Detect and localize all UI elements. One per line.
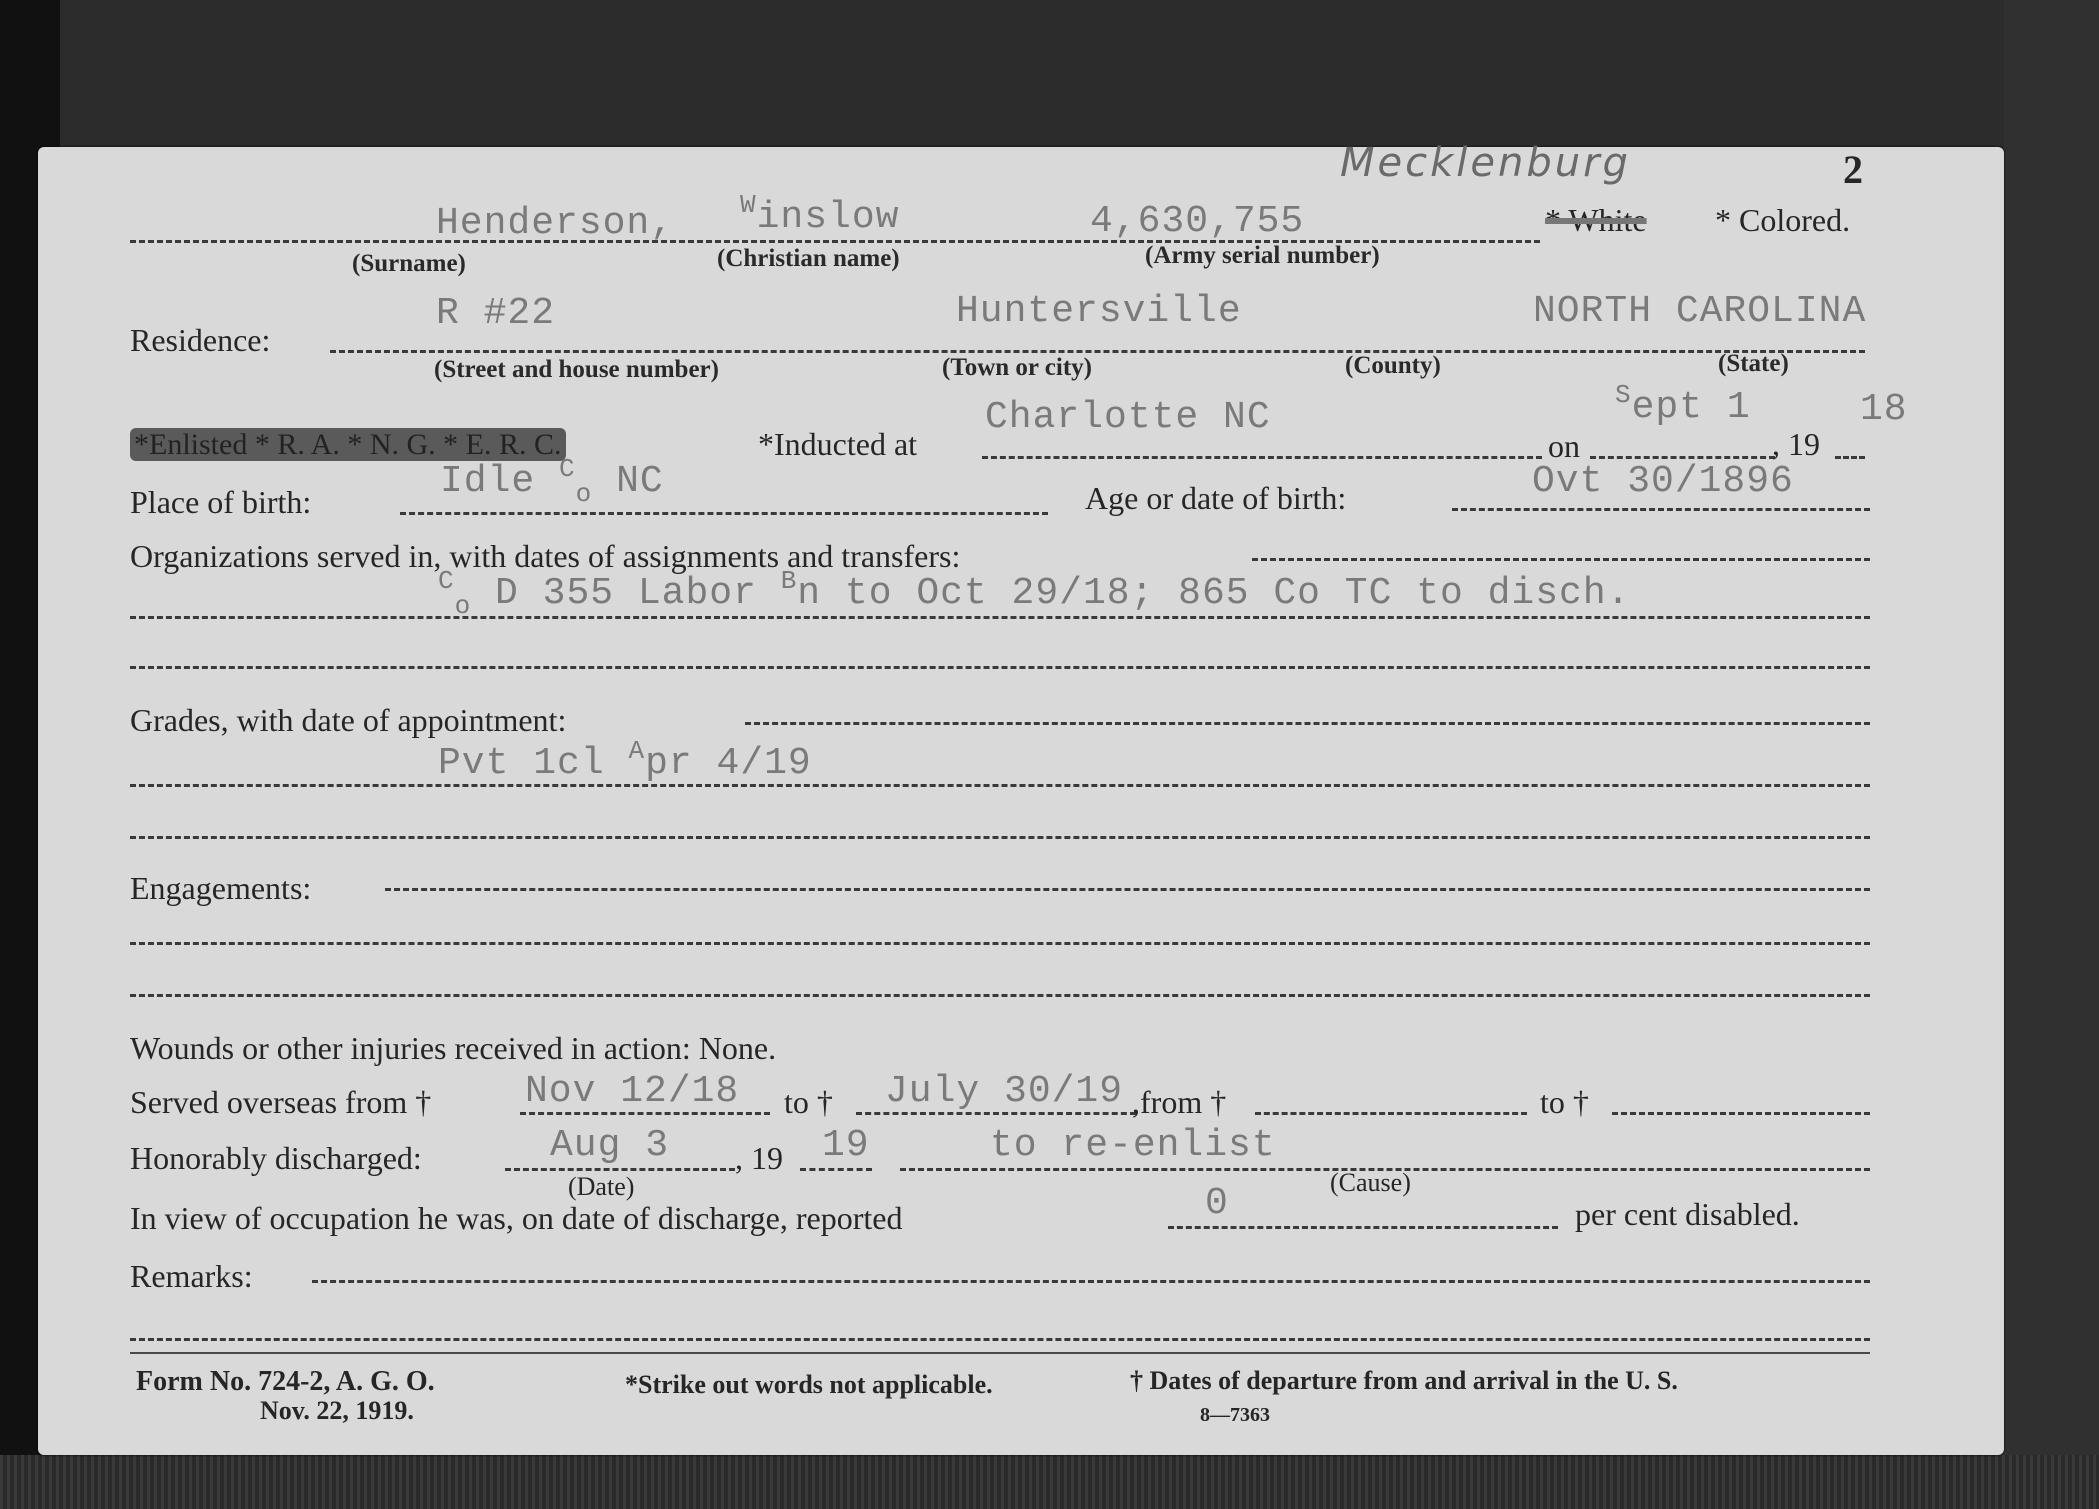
- grade-date: pr 4/19: [645, 742, 812, 785]
- organizations-line-3: [130, 666, 1870, 669]
- inducted-date-value: Sept 1: [1615, 386, 1751, 429]
- birth-place-label: Place of birth:: [130, 484, 311, 521]
- serial-number-label: (Army serial number): [1145, 242, 1380, 270]
- residence-state-value: NORTH CAROLINA: [1533, 290, 1866, 333]
- overseas-from-label: Served overseas from †: [130, 1084, 431, 1121]
- organizations-line-1: [1252, 558, 1870, 561]
- remarks-line-2: [130, 1338, 1870, 1341]
- christian-name-initial: W: [740, 190, 757, 220]
- overseas-to-label: to †: [784, 1084, 833, 1121]
- inducted-place-value: Charlotte NC: [985, 396, 1271, 439]
- form-date: Nov. 22, 1919.: [260, 1396, 414, 1426]
- engagements-label: Engagements:: [130, 870, 311, 907]
- overseas-from-value: Nov 12/18: [525, 1070, 739, 1113]
- birth-place-co-sup: C: [559, 454, 576, 484]
- disability-value: 0: [1205, 1182, 1229, 1225]
- grades-line-1: [745, 722, 1870, 725]
- grades-label: Grades, with date of appointment:: [130, 702, 566, 739]
- org-unit-1: D 355 Labor: [495, 572, 757, 615]
- background-scan-bottom: [0, 1455, 2099, 1509]
- race-option-colored: * Colored.: [1715, 202, 1850, 239]
- organizations-line-2: [130, 616, 1870, 619]
- overseas-from2-label: ,from †: [1132, 1084, 1226, 1121]
- grade-month-sup: A: [628, 736, 645, 766]
- grades-value: Pvt 1cl Apr 4/19: [438, 742, 812, 785]
- surname-value: Henderson,: [436, 202, 674, 245]
- grades-line-2: [130, 784, 1870, 787]
- engagements-line-3: [130, 994, 1870, 997]
- org-bn-sup: B: [781, 566, 798, 596]
- street-label: (Street and house number): [434, 356, 719, 384]
- grade-rank: Pvt 1cl: [438, 742, 605, 785]
- remarks-line-1: [312, 1280, 1870, 1283]
- discharge-year-line: [800, 1168, 872, 1171]
- wounds-value: None.: [699, 1030, 776, 1066]
- residence-street-value: R #22: [436, 292, 555, 335]
- overseas-to-value: July 30/19: [885, 1070, 1123, 1113]
- overseas-from2-line: [1255, 1112, 1527, 1115]
- residence-line: [330, 350, 1865, 353]
- residence-town-value: Huntersville: [956, 290, 1242, 333]
- christian-name-value: Winslow: [740, 196, 899, 239]
- serial-number-value: 4,630,755: [1090, 200, 1304, 243]
- discharge-label: Honorably discharged:: [130, 1140, 422, 1177]
- overseas-to2-line: [1612, 1112, 1870, 1115]
- discharge-year-value: 19: [822, 1124, 870, 1167]
- race-option-white-struck: * White: [1545, 202, 1647, 238]
- discharge-cause-value: to re-enlist: [990, 1124, 1276, 1167]
- overseas-to2-label: to †: [1540, 1084, 1589, 1121]
- form-number: Form No. 724-2, A. G. O.: [136, 1366, 435, 1398]
- county-handwritten: Mecklenburg: [1340, 140, 1631, 186]
- town-label: (Town or city): [942, 354, 1092, 382]
- service-record-card: [38, 147, 2004, 1455]
- organizations-value: Co D 355 Labor Bn to Oct 29/18; 865 Co T…: [438, 572, 1630, 615]
- discharge-date-line: [505, 1168, 735, 1171]
- card-number: 2: [1843, 146, 1863, 193]
- inducted-date-initial: S: [1615, 380, 1632, 410]
- org-unit-2: n to Oct 29/18; 865 Co TC to disch.: [797, 572, 1630, 615]
- engagements-line-2: [130, 942, 1870, 945]
- footer-divider: [130, 1352, 1870, 1354]
- background-scan-top: [60, 0, 2099, 145]
- disability-line: [1168, 1226, 1558, 1229]
- birth-place-co-sub: o: [576, 479, 593, 509]
- engagements-line-1: [385, 888, 1870, 891]
- inducted-at-label: *Inducted at: [758, 426, 917, 463]
- birth-place-town: Idle: [440, 460, 535, 503]
- race-option-white: * White: [1545, 202, 1647, 239]
- inducted-date-rest: ept 1: [1632, 386, 1751, 429]
- birth-place-value: Idle Co NC: [440, 460, 664, 503]
- surname-label: (Surname): [352, 250, 466, 278]
- enlistment-options-struck: *Enlisted * R. A. * N. G. * E. R. C.: [130, 428, 566, 461]
- remarks-label: Remarks:: [130, 1258, 253, 1295]
- inducted-year-prefix: , 19: [1772, 426, 1820, 463]
- print-code: 8—7363: [1200, 1404, 1270, 1427]
- christian-name-rest: inslow: [757, 196, 900, 239]
- discharge-cause-caption: (Cause): [1330, 1168, 1411, 1198]
- discharge-year-prefix: , 19: [735, 1140, 783, 1177]
- inducted-year-value: 18: [1860, 388, 1908, 431]
- inducted-year-line: [1835, 456, 1865, 459]
- background-scan-right: [2004, 0, 2099, 1460]
- residence-label: Residence:: [130, 322, 270, 359]
- discharge-date-value: Aug 3: [550, 1124, 669, 1167]
- state-label: (State): [1718, 350, 1789, 378]
- org-co-sub: o: [455, 591, 472, 621]
- grades-line-3: [130, 836, 1870, 839]
- disability-suffix: per cent disabled.: [1575, 1196, 1800, 1233]
- birth-date-value: Ovt 30/1896: [1532, 460, 1794, 503]
- inducted-date-line: [1590, 456, 1775, 459]
- birth-place-line: [400, 512, 1048, 515]
- county-label: (County): [1345, 352, 1441, 380]
- inducted-at-line: [982, 456, 1542, 459]
- wounds-label-text: Wounds or other injuries received in act…: [130, 1030, 691, 1066]
- dagger-dates-note: † Dates of departure from and arrival in…: [1130, 1366, 1678, 1396]
- strike-out-note: *Strike out words not applicable.: [625, 1370, 993, 1400]
- birth-place-state: NC: [616, 460, 664, 503]
- org-co-sup: C: [438, 566, 455, 596]
- disability-label: In view of occupation he was, on date of…: [130, 1200, 902, 1237]
- birth-date-label: Age or date of birth:: [1085, 480, 1346, 517]
- enlistment-type-struck: *Enlisted * R. A. * N. G. * E. R. C.: [130, 428, 566, 462]
- christian-name-label: (Christian name): [717, 245, 900, 273]
- organizations-label: Organizations served in, with dates of a…: [130, 538, 960, 575]
- discharge-date-caption: (Date): [568, 1172, 634, 1202]
- birth-date-line: [1452, 508, 1870, 511]
- wounds-label: Wounds or other injuries received in act…: [130, 1030, 776, 1067]
